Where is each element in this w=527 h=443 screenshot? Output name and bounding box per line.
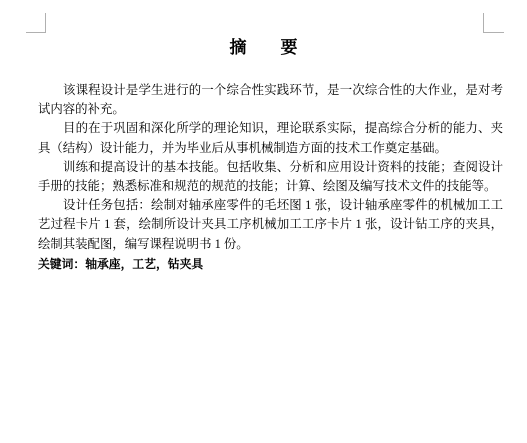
paragraph-2-line-2: 具（结构）设计能力，并为毕业后从事机械制造方面的技术工作奠定基础。	[38, 139, 503, 158]
paragraph-3-line-1: 训练和提高设计的基本技能。包括收集、分析和应用设计资料的技能；查阅设计	[38, 158, 503, 177]
paragraph-1-line-2: 试内容的补充。	[38, 100, 503, 119]
crop-mark-top-right-vertical	[483, 13, 484, 33]
paragraph-2-line-1: 目的在于巩固和深化所学的理论知识，理论联系实际，提高综合分析的能力、夹	[38, 119, 503, 138]
paragraph-4-line-3: 绘制其装配图，编写课程说明书 1 份。	[38, 235, 503, 254]
abstract-title: 摘 要	[0, 36, 527, 60]
paragraph-4-line-2: 艺过程卡片 1 套，绘制所设计夹具工序机械加工工序卡片 1 张，设计钻工序的夹具…	[38, 215, 503, 234]
crop-mark-top-left-horizontal	[26, 32, 46, 33]
paragraph-3-line-2: 手册的技能；熟悉标准和规范的规范的技能；计算、绘图及编写技术文件的技能等。	[38, 177, 503, 196]
abstract-body: 该课程设计是学生进行的一个综合性实践环节，是一次综合性的大作业，是对考 试内容的…	[38, 81, 503, 274]
keywords-value: 轴承座，工艺，钻夹具	[85, 257, 203, 271]
keywords-label: 关键词：	[38, 257, 85, 271]
paragraph-4-line-1: 设计任务包括：绘制对轴承座零件的毛坯图 1 张，设计轴承座零件的机械加工工	[38, 196, 503, 215]
crop-mark-top-left-vertical	[45, 13, 46, 33]
keywords-line: 关键词：轴承座，工艺，钻夹具	[38, 255, 503, 274]
crop-mark-top-right-horizontal	[484, 32, 504, 33]
paragraph-1-line-1: 该课程设计是学生进行的一个综合性实践环节，是一次综合性的大作业，是对考	[38, 81, 503, 100]
document-page: 摘 要 该课程设计是学生进行的一个综合性实践环节，是一次综合性的大作业，是对考 …	[0, 0, 527, 443]
